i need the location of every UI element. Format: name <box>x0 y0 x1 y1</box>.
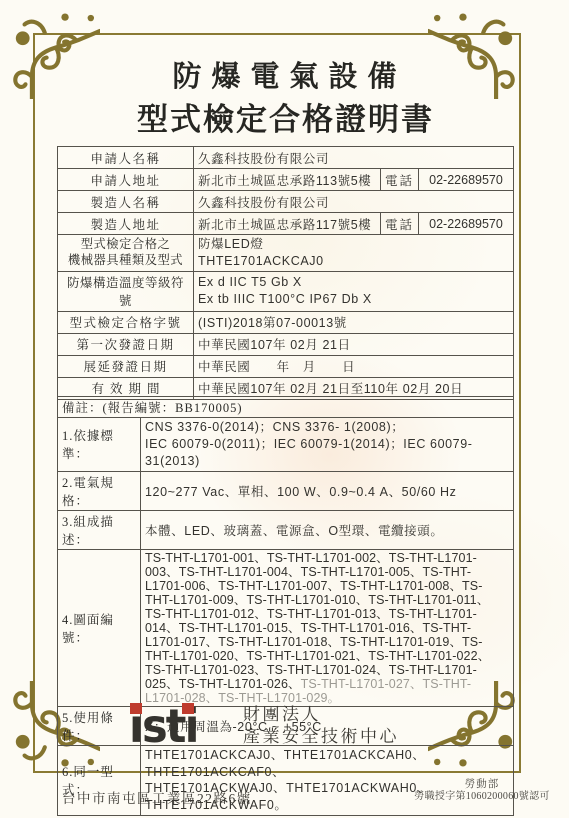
protection-class-value: Ex d IIC T5 Gb X Ex tb IIIC T100°C IP67 … <box>194 271 514 311</box>
table-row: 申請人名稱 久鑫科技股份有限公司 <box>58 147 514 169</box>
applicant-tel-label: 電話 <box>381 169 419 191</box>
table-row: 備註：(報告編號：BB170005) <box>58 397 514 418</box>
equipment-type-value: 防爆LED燈 THTE1701ACKCAJ0 <box>194 235 514 272</box>
equipment-type-label: 型式檢定合格之 機械器具種類及型式 <box>58 235 194 272</box>
composition-label: 3.組成描述： <box>58 510 141 549</box>
table-row: 展延發證日期 中華民國 年 月 日 <box>58 355 514 377</box>
protection-class-label: 防爆構造溫度等級符號 <box>58 271 194 311</box>
electrical-spec-label: 2.電氣規格： <box>58 471 141 510</box>
table-row: 防爆構造溫度等級符號 Ex d IIC T5 Gb X Ex tb IIIC T… <box>58 271 514 311</box>
table-row: 製造人名稱 久鑫科技股份有限公司 <box>58 191 514 213</box>
table-row: 申請人地址 新北市土城區忠承路113號5樓 電話 02-22689570 <box>58 169 514 191</box>
maker-address-value: 新北市土城區忠承路117號5樓 <box>194 213 381 235</box>
drawing-numbers-value: TS-THT-L1701-001、TS-THT-L1701-002、TS-THT… <box>141 549 514 706</box>
certificate-number-value: (ISTI)2018第07-00013號 <box>194 311 514 333</box>
table-row: 4.圖面編號： TS-THT-L1701-001、TS-THT-L1701-00… <box>58 549 514 706</box>
authority-approval-number: 勞職授字第1060200060號認可 <box>398 791 566 803</box>
applicant-address-value: 新北市土城區忠承路113號5樓 <box>194 169 381 191</box>
applicant-tel-value: 02-22689570 <box>419 169 514 191</box>
standards-value: CNS 3376-0(2014)；CNS 3376- 1(2008)； IEC … <box>141 418 514 472</box>
electrical-spec-value: 120~277 Vac、單相、100 W、0.9~0.4 A、50/60 Hz <box>141 471 514 510</box>
table-row: 型式檢定合格之 機械器具種類及型式 防爆LED燈 THTE1701ACKCAJ0 <box>58 235 514 272</box>
organization-name: 財團法人 產業安全技術中心 <box>243 704 399 748</box>
info-table: 申請人名稱 久鑫科技股份有限公司 申請人地址 新北市土城區忠承路113號5樓 電… <box>57 146 514 400</box>
remarks-header: 備註：(報告編號：BB170005) <box>58 397 514 418</box>
table-row: 1.依據標準： CNS 3376-0(2014)；CNS 3376- 1(200… <box>58 418 514 472</box>
maker-name-label: 製造人名稱 <box>58 191 194 213</box>
table-row: 型式檢定合格字號 (ISTI)2018第07-00013號 <box>58 311 514 333</box>
drawing-numbers-label: 4.圖面編號： <box>58 549 141 706</box>
isti-logo-red-square-right <box>182 703 194 714</box>
isti-logo-red-square-left <box>130 703 142 714</box>
authority-approval: 勞動部 勞職授字第1060200060號認可 <box>398 779 566 803</box>
certificate-number-label: 型式檢定合格字號 <box>58 311 194 333</box>
applicant-address-label: 申請人地址 <box>58 169 194 191</box>
first-issue-date-value: 中華民國107年 02月 21日 <box>194 333 514 355</box>
renewal-date-label: 展延發證日期 <box>58 355 194 377</box>
applicant-name-label: 申請人名稱 <box>58 147 194 169</box>
organization-line2: 產業安全技術中心 <box>243 726 399 748</box>
drawing-numbers-main: TS-THT-L1701-001、TS-THT-L1701-002、TS-THT… <box>145 551 490 691</box>
certificate-title-line2: 型式檢定合格證明書 <box>0 94 569 139</box>
maker-address-label: 製造人地址 <box>58 213 194 235</box>
remarks-table: 備註：(報告編號：BB170005) 1.依據標準： CNS 3376-0(20… <box>57 396 514 816</box>
maker-tel-value: 02-22689570 <box>419 213 514 235</box>
table-row: 第一次發證日期 中華民國107年 02月 21日 <box>58 333 514 355</box>
certificate-title-line1: 防爆電氣設備 <box>0 54 569 95</box>
organization-line1: 財團法人 <box>243 704 399 726</box>
table-row: 3.組成描述： 本體、LED、玻璃蓋、電源盒、O型環、電纜接頭。 <box>58 510 514 549</box>
authority-name: 勞動部 <box>398 779 566 791</box>
table-row: 製造人地址 新北市土城區忠承路117號5樓 電話 02-22689570 <box>58 213 514 235</box>
table-row: 2.電氣規格： 120~277 Vac、單相、100 W、0.9~0.4 A、5… <box>58 471 514 510</box>
composition-value: 本體、LED、玻璃蓋、電源盒、O型環、電纜接頭。 <box>141 510 514 549</box>
first-issue-date-label: 第一次發證日期 <box>58 333 194 355</box>
applicant-name-value: 久鑫科技股份有限公司 <box>194 147 514 169</box>
organization-address: 台中市南屯區工業區22路6號 <box>62 787 252 807</box>
renewal-date-value: 中華民國 年 月 日 <box>194 355 514 377</box>
standards-label: 1.依據標準： <box>58 418 141 472</box>
maker-tel-label: 電話 <box>381 213 419 235</box>
maker-name-value: 久鑫科技股份有限公司 <box>194 191 514 213</box>
certificate-page: 防爆電氣設備 型式檢定合格證明書 申請人名稱 久鑫科技股份有限公司 申請人地址 … <box>0 0 569 818</box>
